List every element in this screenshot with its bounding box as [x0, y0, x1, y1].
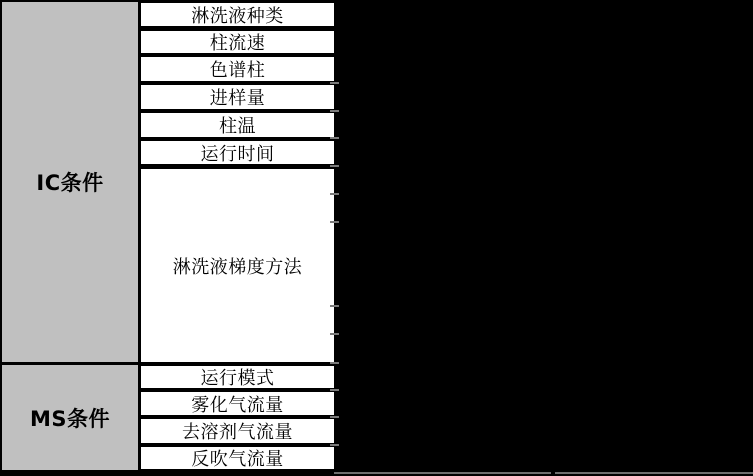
- gridline-remnant: [330, 305, 339, 307]
- conditions-table: IC条件 MS条件 淋洗液种类 柱流速 色谱柱 进样量 柱温 运行时间 淋洗液梯…: [0, 0, 753, 476]
- param-cell-desolvation-gas-flow: 去溶剂气流量: [141, 419, 334, 443]
- param-cell-injection-volume: 进样量: [141, 85, 334, 109]
- param-cell-nebulizer-gas-flow: 雾化气流量: [141, 392, 334, 415]
- param-cell-column-flow-rate: 柱流速: [141, 31, 334, 53]
- gridline-remnant: [330, 444, 339, 446]
- gridline-remnant: [330, 110, 339, 112]
- param-cell-eluent-gradient-method: 淋洗液梯度方法: [141, 169, 334, 362]
- param-cell-run-mode: 运行模式: [141, 366, 334, 388]
- param-cell-backflush-gas-flow: 反吹气流量: [141, 447, 334, 469]
- gridline-remnant: [330, 82, 339, 84]
- gridline-remnant: [330, 389, 339, 391]
- redacted-values-area: [334, 0, 753, 476]
- gridline-remnant: [330, 165, 339, 167]
- param-cell-run-time: 运行时间: [141, 141, 334, 164]
- gridline-remnant: [330, 333, 339, 335]
- param-cell-column-temperature: 柱温: [141, 113, 334, 137]
- bottom-border-remnant: [334, 472, 551, 474]
- param-cell-eluent-type: 淋洗液种类: [141, 3, 334, 26]
- section-header-ic: IC条件: [2, 2, 138, 362]
- section-header-ms: MS条件: [2, 365, 138, 470]
- gridline-remnant: [330, 362, 339, 364]
- param-cell-chromatographic-column: 色谱柱: [141, 57, 334, 81]
- gridline-remnant: [330, 137, 339, 139]
- bottom-border-remnant: [555, 472, 753, 474]
- gridline-remnant: [330, 193, 339, 195]
- gridline-remnant: [330, 221, 339, 223]
- gridline-remnant: [330, 416, 339, 418]
